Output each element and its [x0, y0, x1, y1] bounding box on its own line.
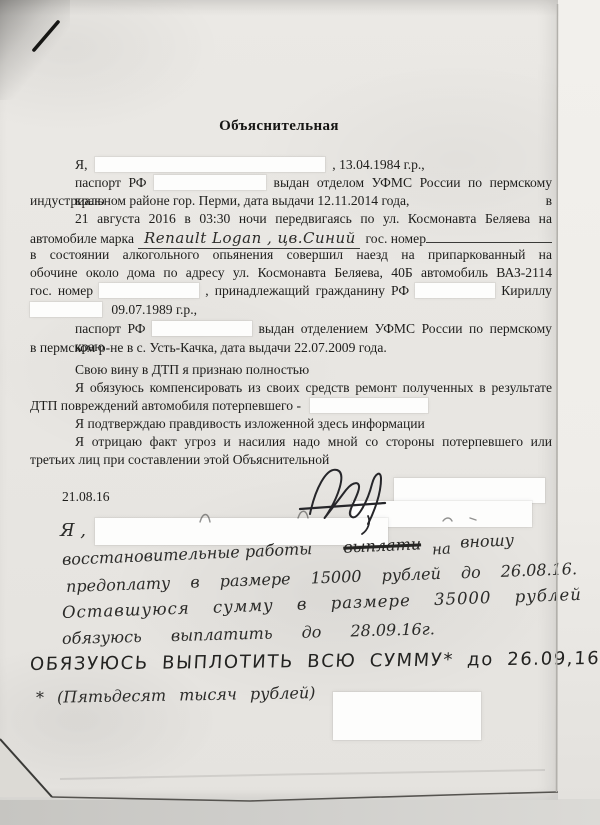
line-event2: в состоянии алкогольного опьянения совер…	[30, 246, 552, 265]
document-title: Объяснительная	[0, 118, 558, 135]
redaction-box-victim-surname	[415, 283, 495, 298]
handwritten-ya: Я ,	[60, 520, 86, 541]
redaction-box-passport2-number	[152, 321, 252, 336]
line-intro: Я, , 13.04.1984 г.р.,	[30, 156, 552, 175]
line-passport2: паспорт РФ выдан отделением УФМС России …	[30, 320, 552, 339]
redaction-box-bottom-signature	[333, 692, 481, 740]
victim-mid: , принадлежащий гражданину РФ	[205, 283, 409, 298]
line-guilt: Свою вину в ДТП я признаю полностью	[30, 361, 552, 380]
victim-birth: 09.07.1989 г.р.,	[111, 302, 197, 317]
line-passport1-cont: индустриальном районе гор. Перми, дата в…	[30, 192, 552, 211]
line-deny2: третьих лиц при составлении этой Объясни…	[30, 451, 552, 470]
scanner-background-right	[558, 0, 600, 800]
line-oblige2: ДТП повреждений автомобиля потерпевшего …	[30, 397, 552, 416]
victim-name: Кириллу	[501, 283, 552, 298]
victim-pre: гос. номер	[30, 283, 93, 298]
line-oblige1: Я обязуюсь компенсировать из своих средс…	[30, 379, 552, 398]
date-label: 21.08.16	[62, 488, 182, 507]
handwritten-line1-b: вношу	[460, 530, 515, 551]
line-event3: обочине около дома по адресу ул. Космона…	[30, 264, 552, 283]
passport1-pre: паспорт РФ	[75, 175, 147, 190]
redaction-box-name	[95, 157, 325, 172]
line-car: автомобиле марка Renault Logan , цв.Сини…	[30, 228, 552, 247]
line-passport1: паспорт РФ выдан отделом УФМС России по …	[30, 174, 552, 193]
passport2-pre: паспорт РФ	[75, 321, 146, 336]
line-passport2-cont: в пермском р-не в с. Усть-Качка, дата вы…	[30, 339, 552, 358]
line-confirm: Я подтверждаю правдивость изложенной зде…	[30, 415, 552, 434]
scanner-background-bottom	[0, 799, 600, 825]
oblige2-text: ДТП повреждений автомобиля потерпевшего …	[30, 398, 301, 413]
redaction-box-passport-number	[154, 175, 266, 190]
intro-text-post: , 13.04.1984 г.р.,	[332, 157, 424, 172]
redaction-box-victim-fullname	[310, 398, 428, 413]
paper-corner-shadow	[0, 0, 70, 100]
paper-sheet: Объяснительная Я, , 13.04.1984 г.р., пас…	[0, 0, 558, 800]
handwritten-inserted-word: на	[431, 539, 451, 558]
line-deny1: Я отрицаю факт угроз и насилия надо мной…	[30, 433, 552, 452]
intro-text-pre: Я,	[75, 157, 87, 172]
line-victim: гос. номер , принадлежащий гражданину РФ…	[30, 282, 552, 301]
redaction-box-victim-gos-number	[99, 283, 199, 298]
scanned-document-photo: Объяснительная Я, , 13.04.1984 г.р., пас…	[0, 0, 600, 825]
line-event1: 21 августа 2016 в 03:30 ночи передвигаяс…	[30, 210, 552, 229]
line-victim-birth: 09.07.1989 г.р.,	[30, 301, 552, 320]
redaction-box-signature-name	[394, 478, 545, 503]
handwritten-struck-word: выплати	[343, 534, 422, 556]
redaction-box-victim-patronymic	[30, 302, 102, 317]
blank-underline-gos-number	[426, 228, 552, 243]
